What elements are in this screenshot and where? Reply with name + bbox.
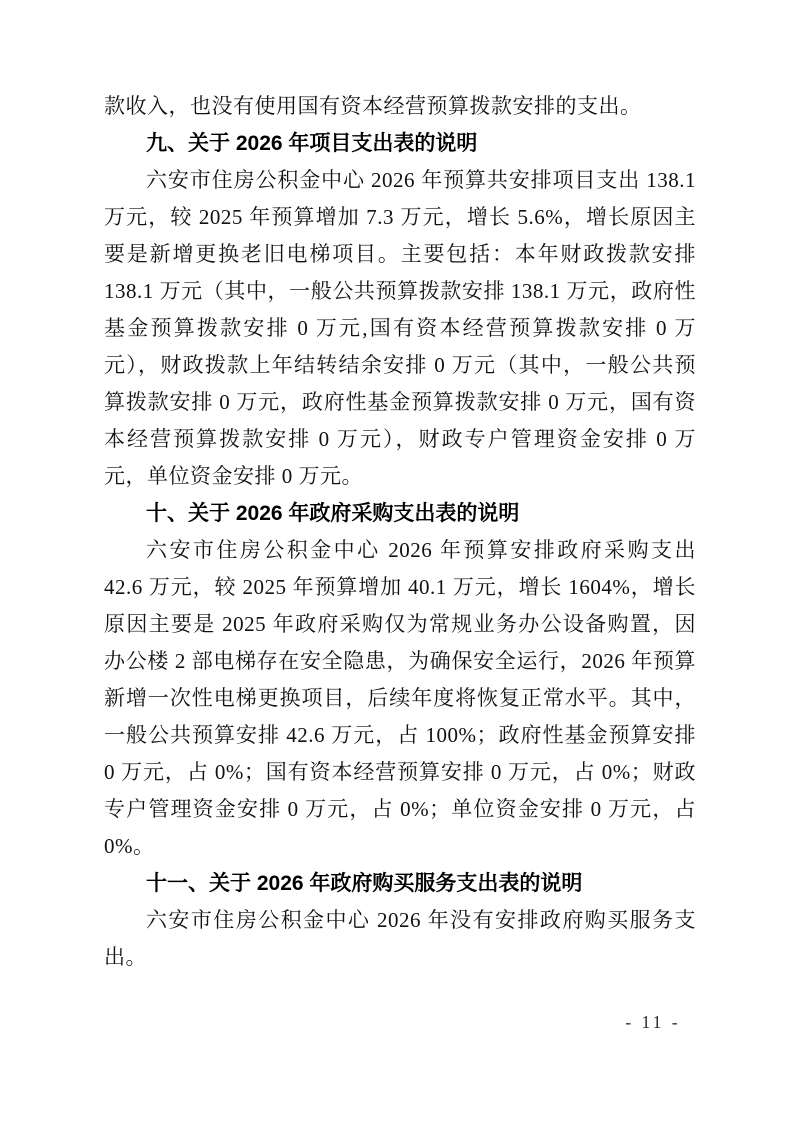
section-nine-paragraph: 六安市住房公积金中心 2026 年预算共安排项目支出 138.1 万元，较 20… [104, 162, 696, 495]
section-ten-paragraph: 六安市住房公积金中心 2026 年预算安排政府采购支出 42.6 万元，较 20… [104, 532, 696, 865]
document-page: 款收入，也没有使用国有资本经营预算拨款安排的支出。 九、关于 2026 年项目支… [0, 0, 793, 1122]
document-body: 款收入，也没有使用国有资本经营预算拨款安排的支出。 九、关于 2026 年项目支… [104, 88, 696, 976]
section-heading-ten: 十、关于 2026 年政府采购支出表的说明 [104, 495, 696, 532]
page-number: - 11 - [598, 1012, 708, 1033]
section-heading-eleven: 十一、关于 2026 年政府购买服务支出表的说明 [104, 865, 696, 902]
section-heading-nine: 九、关于 2026 年项目支出表的说明 [104, 125, 696, 162]
section-eleven-paragraph: 六安市住房公积金中心 2026 年没有安排政府购买服务支出。 [104, 902, 696, 976]
paragraph-continuation: 款收入，也没有使用国有资本经营预算拨款安排的支出。 [104, 88, 696, 125]
